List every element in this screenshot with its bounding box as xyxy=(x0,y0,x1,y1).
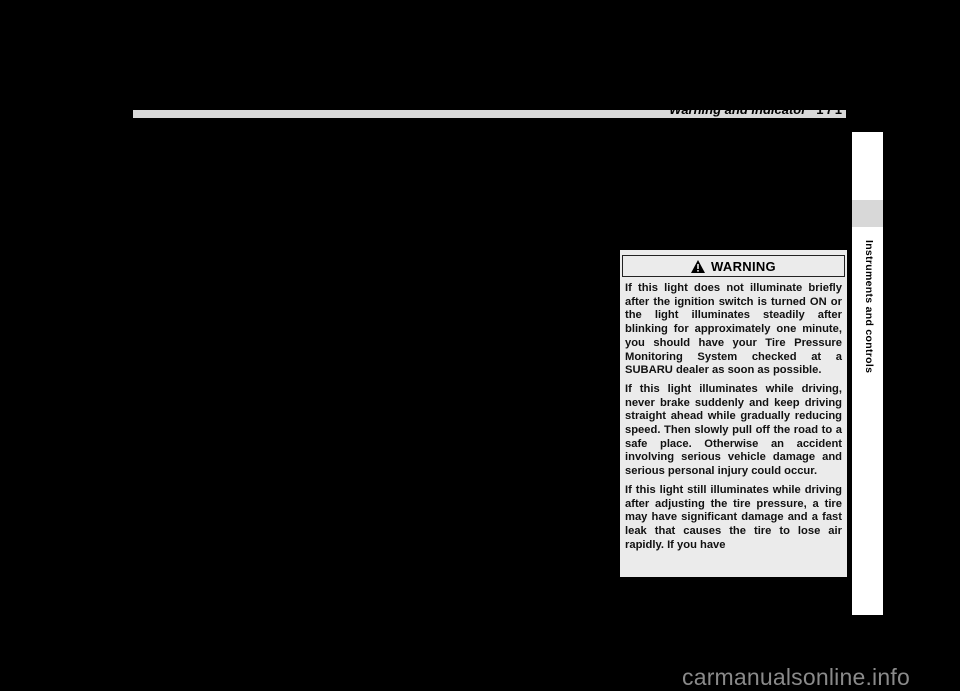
warning-triangle-icon xyxy=(691,260,705,273)
chapter-tab-marker xyxy=(852,200,883,227)
page-number: 171 xyxy=(816,110,844,118)
chapter-tab-label: Instruments and controls xyxy=(855,240,875,373)
warning-box: WARNING If this light does not illuminat… xyxy=(620,250,847,577)
warning-paragraph: If this light illuminates while driving,… xyxy=(625,383,842,479)
watermark: carmanualsonline.info xyxy=(682,666,910,688)
section-title: Warning and indicator xyxy=(669,110,806,118)
warning-paragraph: If this light still illuminates while dr… xyxy=(625,484,842,553)
warning-header: WARNING xyxy=(622,255,845,277)
warning-body: If this light does not illuminate briefl… xyxy=(620,282,847,557)
chapter-tab[interactable]: Instruments and controls xyxy=(852,132,883,615)
warning-paragraph: If this light does not illuminate briefl… xyxy=(625,282,842,378)
warning-title: WARNING xyxy=(711,259,776,274)
page-header-text: Warning and indicator 171 xyxy=(669,110,844,118)
page-header-bar: Warning and indicator 171 xyxy=(133,110,846,118)
